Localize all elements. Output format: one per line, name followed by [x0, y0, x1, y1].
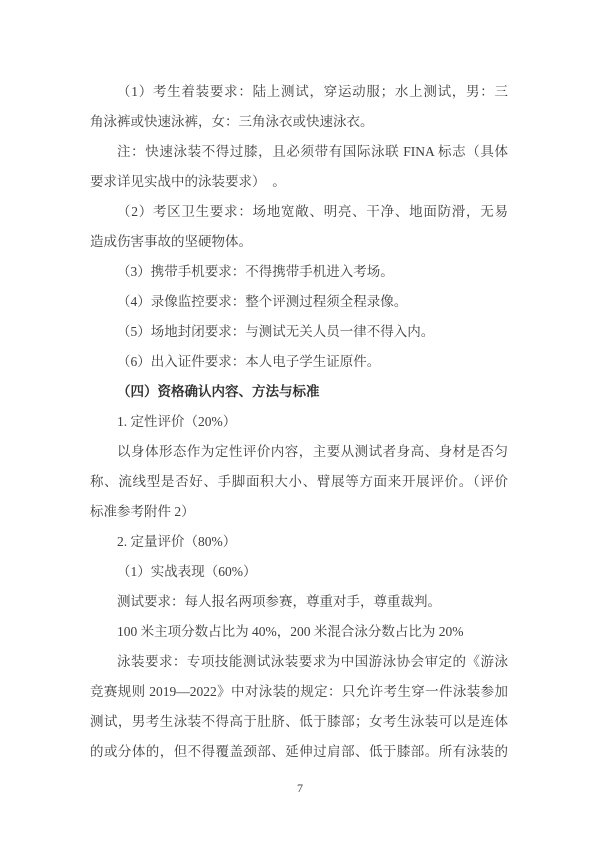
text-line: 100 米主项分数占比为 40%，200 米混合泳分数占比为 20% [90, 617, 508, 647]
paragraph: （4）录像监控要求：整个评测过程须全程录像。 [90, 287, 508, 317]
text-line: （4）录像监控要求：整个评测过程须全程录像。 [90, 287, 508, 317]
text-line: 以身体形态作为定性评价内容，主要从测试者身高、身材是否匀 [90, 437, 508, 467]
text-line: （2）考区卫生要求：场地宽敞、明亮、干净、地面防滑，无易 [90, 197, 508, 227]
text-line: 注：快速泳装不得过膝，且必须带有国际泳联 FINA 标志（具体 [90, 137, 508, 167]
paragraph: （5）场地封闭要求：与测试无关人员一律不得入内。 [90, 317, 508, 347]
paragraph: 2. 定量评价（80%） [90, 527, 508, 557]
text-line: 2. 定量评价（80%） [90, 527, 508, 557]
text-line: 测试要求：每人报名两项参赛，尊重对手，尊重裁判。 [90, 587, 508, 617]
section-heading: （四）资格确认内容、方法与标准 [90, 377, 508, 407]
page-number: 7 [0, 780, 600, 796]
text-line: （6）出入证件要求：本人电子学生证原件。 [90, 347, 508, 377]
document-page: （1）考生着装要求：陆上测试，穿运动服；水上测试，男：三角泳裤或快速泳裤，女：三… [0, 0, 600, 849]
text-line: 标准参考附件 2） [90, 497, 508, 527]
paragraph: 泳装要求：专项技能测试泳装要求为中国游泳协会审定的《游泳竞赛规则 2019—20… [90, 647, 508, 767]
paragraph: （2）考区卫生要求：场地宽敞、明亮、干净、地面防滑，无易造成伤害事故的坚硬物体。 [90, 197, 508, 257]
paragraph: 100 米主项分数占比为 40%，200 米混合泳分数占比为 20% [90, 617, 508, 647]
document-body: （1）考生着装要求：陆上测试，穿运动服；水上测试，男：三角泳裤或快速泳裤，女：三… [90, 77, 508, 767]
text-line: 角泳裤或快速泳裤，女：三角泳衣或快速泳衣。 [90, 107, 508, 137]
text-line: 的或分体的，但不得覆盖颈部、延伸过肩部、低于膝部。所有泳装的 [90, 737, 508, 767]
paragraph: （1）实战表现（60%） [90, 557, 508, 587]
text-line: 1. 定性评价（20%） [90, 407, 508, 437]
text-line: （5）场地封闭要求：与测试无关人员一律不得入内。 [90, 317, 508, 347]
paragraph: （3）携带手机要求：不得携带手机进入考场。 [90, 257, 508, 287]
text-line: 称、流线型是否好、手脚面积大小、臂展等方面来开展评价。（评价 [90, 467, 508, 497]
text-line: （1）考生着装要求：陆上测试，穿运动服；水上测试，男：三 [90, 77, 508, 107]
text-line: （四）资格确认内容、方法与标准 [90, 377, 508, 407]
text-line: （3）携带手机要求：不得携带手机进入考场。 [90, 257, 508, 287]
text-line: 竞赛规则 2019—2022》中对泳装的规定：只允许考生穿一件泳装参加 [90, 677, 508, 707]
text-line: 泳装要求：专项技能测试泳装要求为中国游泳协会审定的《游泳 [90, 647, 508, 677]
paragraph: （6）出入证件要求：本人电子学生证原件。 [90, 347, 508, 377]
paragraph: 注：快速泳装不得过膝，且必须带有国际泳联 FINA 标志（具体要求详见实战中的泳… [90, 137, 508, 197]
paragraph: 测试要求：每人报名两项参赛，尊重对手，尊重裁判。 [90, 587, 508, 617]
paragraph: 1. 定性评价（20%） [90, 407, 508, 437]
paragraph: （1）考生着装要求：陆上测试，穿运动服；水上测试，男：三角泳裤或快速泳裤，女：三… [90, 77, 508, 137]
text-line: 要求详见实战中的泳装要求） 。 [90, 167, 508, 197]
text-line: （1）实战表现（60%） [90, 557, 508, 587]
paragraph: 以身体形态作为定性评价内容，主要从测试者身高、身材是否匀称、流线型是否好、手脚面… [90, 437, 508, 527]
text-line: 测试，男考生泳装不得高于肚脐、低于膝部；女考生泳装可以是连体 [90, 707, 508, 737]
text-line: 造成伤害事故的坚硬物体。 [90, 227, 508, 257]
